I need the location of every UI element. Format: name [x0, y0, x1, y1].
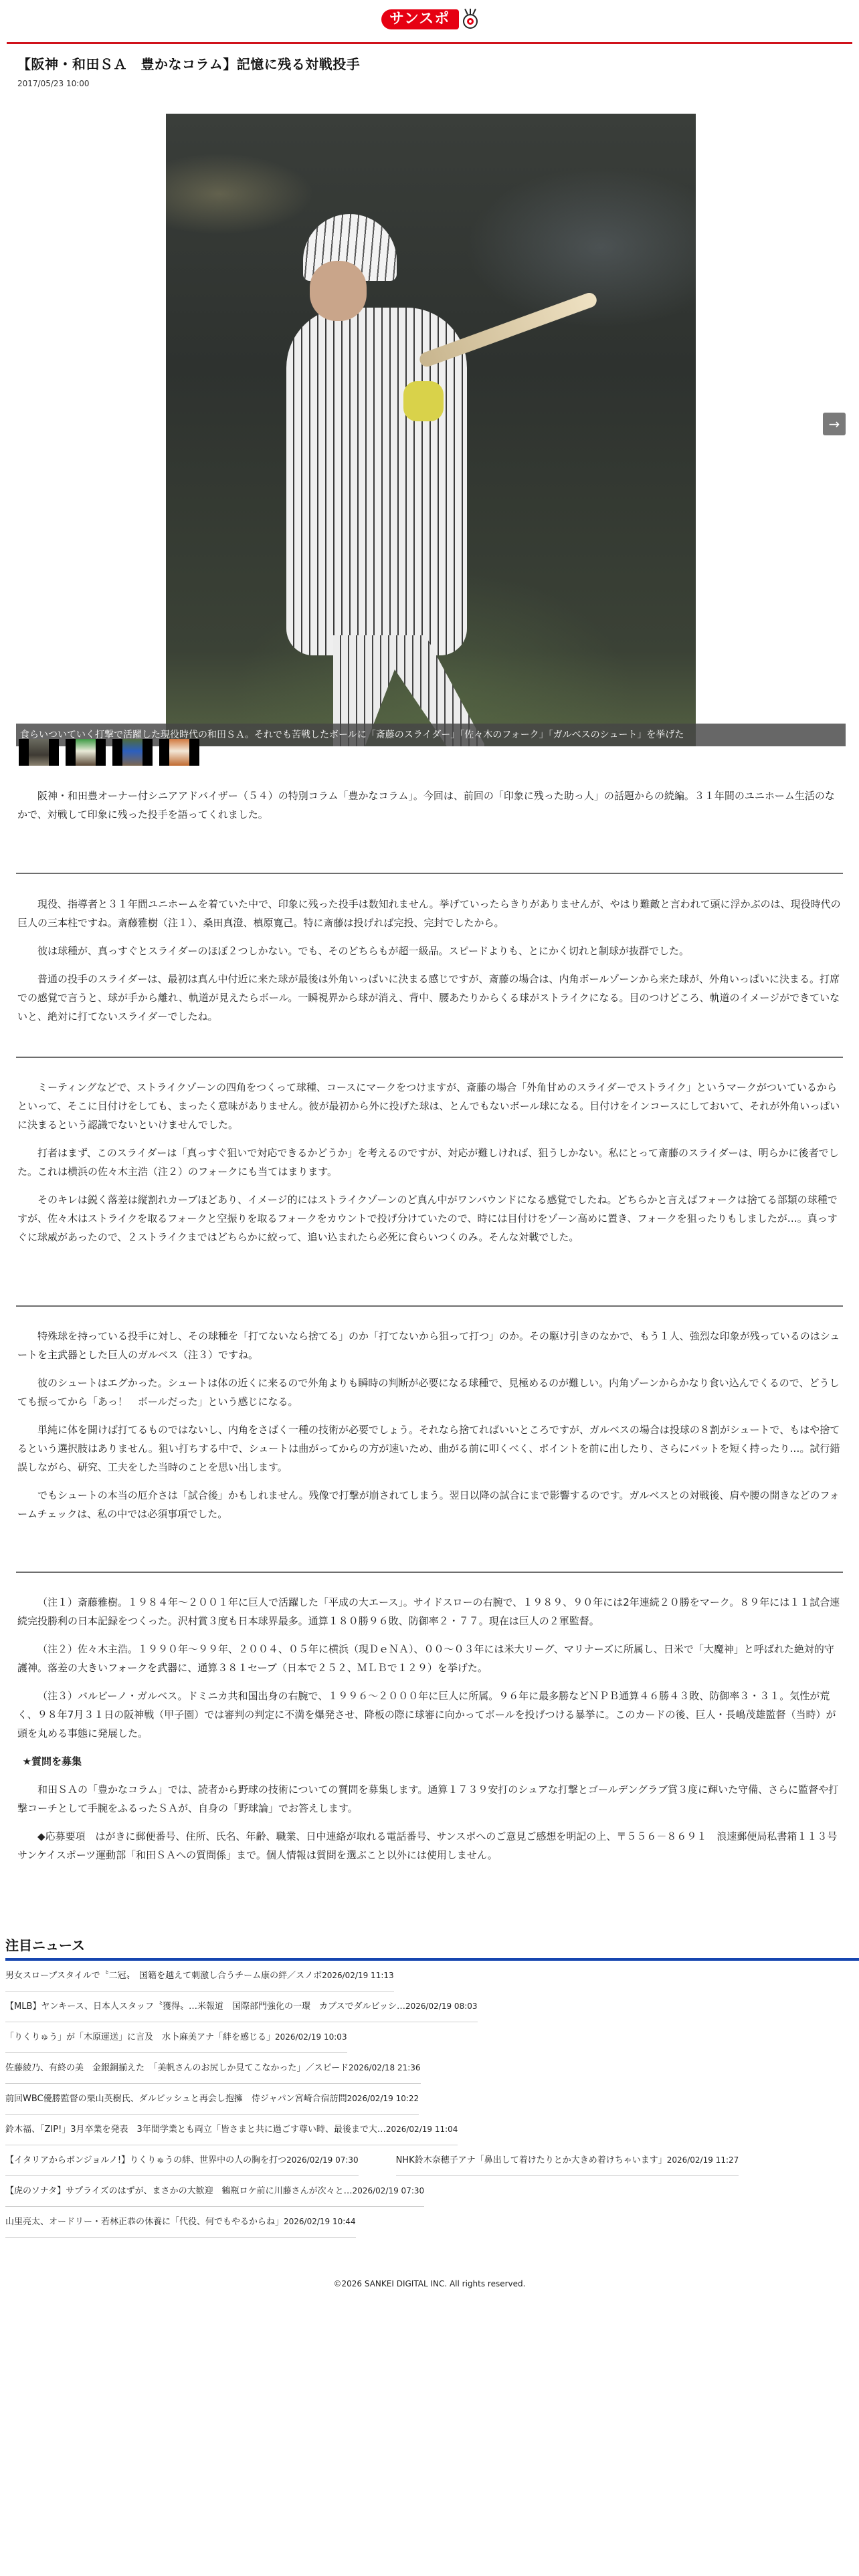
news-item-date: 2026/02/19 10:22 [347, 2094, 419, 2103]
paragraph: 彼は球種が、真っすぐとスライダーのほぼ２つしかない。でも、そのどちらもが超一級品… [17, 942, 842, 960]
news-item[interactable]: 【MLB】ヤンキース、日本人スタッフ〝獲得〟…米報道 国際部門強化の一環 カブス… [5, 1992, 478, 2022]
site-header: サンスポ [0, 0, 859, 41]
recruit-heading: ★質問を募集 [17, 1752, 842, 1771]
article-section-1: 現役、指導者と３１年間ユニホームを着ていた中で、印象に残った投手は数知れません。… [17, 895, 842, 1035]
news-item-title: NHK鈴木奈穂子アナ「鼻出して着けたりとか大きめ着けちゃいます」 [396, 2155, 667, 2165]
paragraph: 普通の投手のスライダーは、最初は真ん中付近に来た球が最後は外角いっぱいに決まる感… [17, 970, 842, 1026]
news-item-date: 2026/02/19 11:13 [322, 1971, 394, 1980]
paragraph: ミーティングなどで、ストライクゾーンの四角をつくって球種、コースにマークをつけま… [17, 1078, 842, 1134]
paragraph: 特殊球を持っている投手に対し、その球種を「打てないなら捨てる」のか「打てないから… [17, 1327, 842, 1364]
header-divider [7, 42, 852, 44]
thumbnail-strip [19, 739, 199, 766]
article-lead: 阪神・和田豊オーナー付シニアアドバイザー（５４）の特別コラム「豊かなコラム」。今… [17, 786, 842, 833]
news-item-title: 男女スロープスタイルで〝二冠〟 国籍を越えて刺激し合うチーム康の絆／スノボ [5, 1971, 322, 1981]
main-photo[interactable] [166, 114, 696, 746]
news-item-title: 【イタリアからボンジョルノ!】りくりゅうの絆、世界中の人の胸を打つ [5, 2155, 286, 2165]
news-item-title: 鈴木福、「ZIP!」3月卒業を発表 3年間学業とも両立「皆さまと共に過ごす尊い時… [5, 2125, 386, 2135]
news-item-date: 2026/02/19 07:30 [353, 2186, 425, 2195]
news-item-date: 2026/02/19 07:30 [286, 2155, 359, 2165]
news-item[interactable]: 山里亮太、オードリー・若林正恭の休養に「代役、何でもやるからね」2026/02/… [5, 2207, 356, 2238]
news-item[interactable]: NHK鈴木奈穂子アナ「鼻出して着けたりとか大きめ着けちゃいます」2026/02/… [396, 2145, 739, 2176]
news-item[interactable]: 【虎のソナタ】サプライズのはずが、まさかの大歓迎 鶴瓶ロケ前に川藤さんが次々と…… [5, 2176, 424, 2207]
article-section-3: 特殊球を持っている投手に対し、その球種を「打てないなら捨てる」のか「打てないから… [17, 1327, 842, 1533]
recruit-body: 和田ＳＡの「豊かなコラム」では、読者から野球の技術についての質問を募集します。通… [17, 1780, 842, 1818]
section-divider [16, 1572, 843, 1573]
news-item-date: 2026/02/19 11:27 [667, 2155, 739, 2165]
arrow-right-icon: → [829, 416, 840, 432]
news-item-date: 2026/02/19 11:04 [386, 2125, 458, 2134]
footnote-2: （注２）佐々木主浩。１９９０年～９９年、２００４、０５年に横浜（現ＤｅＮＡ）、０… [17, 1640, 842, 1677]
paragraph: 単純に体を開けば打てるものではないし、内角をさばく一種の技術が必要でしょう。それ… [17, 1420, 842, 1477]
paragraph: でもシュートの本当の厄介さは「試合後」かもしれません。残像で打撃が崩されてしまう… [17, 1486, 842, 1523]
mascot-icon [462, 10, 480, 29]
news-item-title: 山里亮太、オードリー・若林正恭の休養に「代役、何でもやるからね」 [5, 2217, 284, 2227]
news-item[interactable]: 男女スロープスタイルで〝二冠〟 国籍を越えて刺激し合うチーム康の絆／スノボ202… [5, 1961, 394, 1992]
article-notes: （注１）斎藤雅樹。１９８４年～２００１年に巨人で活躍した「平成の大エース」。サイ… [17, 1593, 842, 1874]
logo-text: サンスポ [381, 9, 459, 29]
article-title: 【阪神・和田ＳＡ 豊かなコラム】記憶に残る対戦投手 [17, 53, 360, 73]
news-item-date: 2026/02/19 10:03 [275, 2032, 347, 2042]
news-item-date: 2026/02/19 08:03 [405, 2002, 478, 2011]
paragraph: 打者はまず、このスライダーは「真っすぐ狙いで対応できるかどうか」を考えるのですが… [17, 1144, 842, 1181]
news-item-title: 前回WBC優勝監督の栗山英樹氏、ダルビッシュと再会し抱擁 侍ジャパン宮崎合宿訪問 [5, 2094, 347, 2104]
thumbnail-2[interactable] [66, 739, 106, 766]
news-item-date: 2026/02/18 21:36 [349, 2063, 421, 2072]
news-item-title: 「りくりゅう」が「木原運送」に言及 水卜麻美アナ「絆を感じる」 [5, 2032, 275, 2042]
news-item[interactable]: 「りくりゅう」が「木原運送」に言及 水卜麻美アナ「絆を感じる」2026/02/1… [5, 2022, 347, 2053]
thumbnail-3[interactable] [112, 739, 153, 766]
sanspo-logo[interactable]: サンスポ [381, 9, 480, 29]
footnote-3: （注３）バルビーノ・ガルベス。ドミニカ共和国出身の右腕で、１９９６～２０００年に… [17, 1687, 842, 1743]
paragraph: 現役、指導者と３１年間ユニホームを着ていた中で、印象に残った投手は数知れません。… [17, 895, 842, 932]
footnote-1: （注１）斎藤雅樹。１９８４年～２００１年に巨人で活躍した「平成の大エース」。サイ… [17, 1593, 842, 1630]
thumbnail-1[interactable] [19, 739, 59, 766]
section-divider [16, 1057, 843, 1058]
paragraph: 彼のシュートはエグかった。シュートは体の近くに来るので外角よりも瞬時の判断が必要… [17, 1374, 842, 1411]
news-item-title: 【虎のソナタ】サプライズのはずが、まさかの大歓迎 鶴瓶ロケ前に川藤さんが次々と… [5, 2186, 353, 2196]
next-photo-button[interactable]: → [823, 413, 846, 435]
news-section-title: 注目ニュース [5, 1931, 859, 1958]
article-date: 2017/05/23 10:00 [17, 79, 90, 88]
recruit-apply: ◆応募要項 はがきに郵便番号、住所、氏名、年齢、職業、日中連絡が取れる電話番号、… [17, 1827, 842, 1864]
section-divider [16, 873, 843, 874]
lead-paragraph: 阪神・和田豊オーナー付シニアアドバイザー（５４）の特別コラム「豊かなコラム」。今… [17, 786, 842, 824]
news-item[interactable]: 佐藤綾乃、有終の美 金銀銅揃えた 「美帆さんのお尻しか見てこなかった」／スピード… [5, 2053, 421, 2084]
news-list: 男女スロープスタイルで〝二冠〟 国籍を越えて刺激し合うチーム康の絆／スノボ202… [5, 1961, 859, 2238]
thumbnail-4[interactable] [159, 739, 199, 766]
news-item-date: 2026/02/19 10:44 [284, 2217, 356, 2226]
news-item[interactable]: 【イタリアからボンジョルノ!】りくりゅうの絆、世界中の人の胸を打つ2026/02… [5, 2145, 359, 2176]
footer-copyright: ©2026 SANKEI DIGITAL INC. All rights res… [0, 2279, 859, 2288]
news-item-title: 【MLB】ヤンキース、日本人スタッフ〝獲得〟…米報道 国際部門強化の一環 カブス… [5, 2002, 405, 2012]
paragraph: そのキレは鋭く落差は縦割れカーブほどあり、イメージ的にはストライクゾーンのど真ん… [17, 1190, 842, 1247]
article-section-2: ミーティングなどで、ストライクゾーンの四角をつくって球種、コースにマークをつけま… [17, 1078, 842, 1256]
featured-news: 注目ニュース 男女スロープスタイルで〝二冠〟 国籍を越えて刺激し合うチーム康の絆… [5, 1931, 859, 2238]
news-item[interactable]: 鈴木福、「ZIP!」3月卒業を発表 3年間学業とも両立「皆さまと共に過ごす尊い時… [5, 2115, 458, 2145]
news-item[interactable]: 前回WBC優勝監督の栗山英樹氏、ダルビッシュと再会し抱擁 侍ジャパン宮崎合宿訪問… [5, 2084, 419, 2115]
news-item-title: 佐藤綾乃、有終の美 金銀銅揃えた 「美帆さんのお尻しか見てこなかった」／スピード [5, 2063, 349, 2073]
section-divider [16, 1305, 843, 1307]
